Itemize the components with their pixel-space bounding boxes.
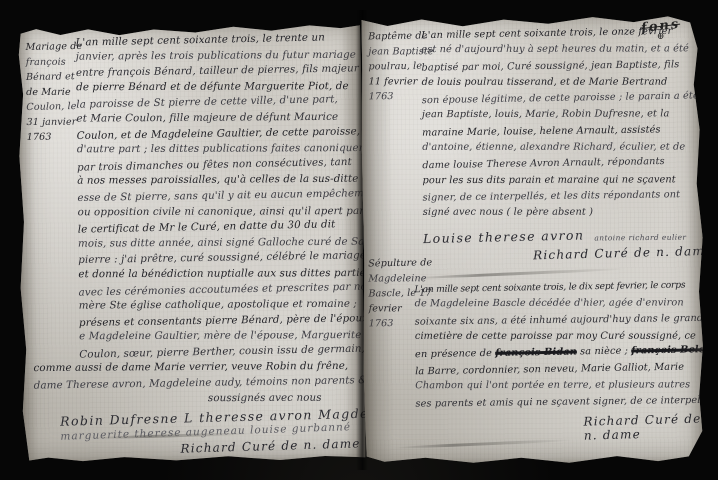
text-line: Chambon qui l'ont portée en terre, et pl… xyxy=(415,378,701,395)
text-line: soussignés avec nous xyxy=(208,390,366,406)
text-segment: en présence de xyxy=(415,348,495,360)
marriage-signatures: Robin Dufresne L theresse avron Magdelai… xyxy=(60,408,361,456)
right-page: fons ⊕ Baptême dejean Baptistepoulrau, l… xyxy=(360,13,706,466)
text-line: jean Baptiste, louis, Marie, Robin Dufre… xyxy=(422,107,708,124)
signature-godmother: Louise therese avron xyxy=(423,227,585,246)
signature-cure: Richard Curé de n. dame xyxy=(180,436,360,455)
signature-witness-small: antoine richard eulier xyxy=(594,233,686,243)
struck-name: françois Belelois xyxy=(631,344,718,357)
text-line: baptisé par moi, Curé soussigné, jean Ba… xyxy=(421,56,707,76)
burial-record-text: L'an mille sept cent soixante trois, le … xyxy=(414,279,701,347)
struck-name: françois Bidan xyxy=(495,346,577,358)
baptism-signatures: Louise therese avronantoine richard euli… xyxy=(423,225,693,262)
text-segment: sa nièce ; xyxy=(577,346,632,358)
text-line: soixante six ans, a été inhumé aujourd'h… xyxy=(415,311,701,331)
text-line: ses parents et amis qui ne sçavent signe… xyxy=(415,393,701,413)
marriage-record-text: L'an mille sept cent soixante trois, le … xyxy=(75,31,366,409)
baptism-record-text: L'an mille sept cent soixante trois, le … xyxy=(421,24,709,222)
burial-signature-cure: Richard Curé de n. dame xyxy=(583,411,706,442)
ink-smudge xyxy=(394,439,574,450)
burial-record-text-end: la Barre, cordonnier, son neveu, Marie G… xyxy=(415,361,701,412)
signature-cure: Richard Curé de n. dame xyxy=(533,244,693,262)
ink-smudge xyxy=(407,267,627,280)
text-line: signé avec nous ( le père absent ) xyxy=(423,205,709,222)
text-line: est né d'aujourd'huy à sept heures du ma… xyxy=(421,42,707,59)
left-page: Mariage defrançoisBénard etde MarieCoulo… xyxy=(15,20,366,464)
register-scan: Mariage defrançoisBénard etde MarieCoulo… xyxy=(0,0,718,480)
text-line: Sépulture de xyxy=(368,255,438,271)
signature-row: Louise therese avronantoine richard euli… xyxy=(423,225,693,246)
text-line: de Magdeleine Bascle décédée d'hier, agé… xyxy=(415,296,701,313)
